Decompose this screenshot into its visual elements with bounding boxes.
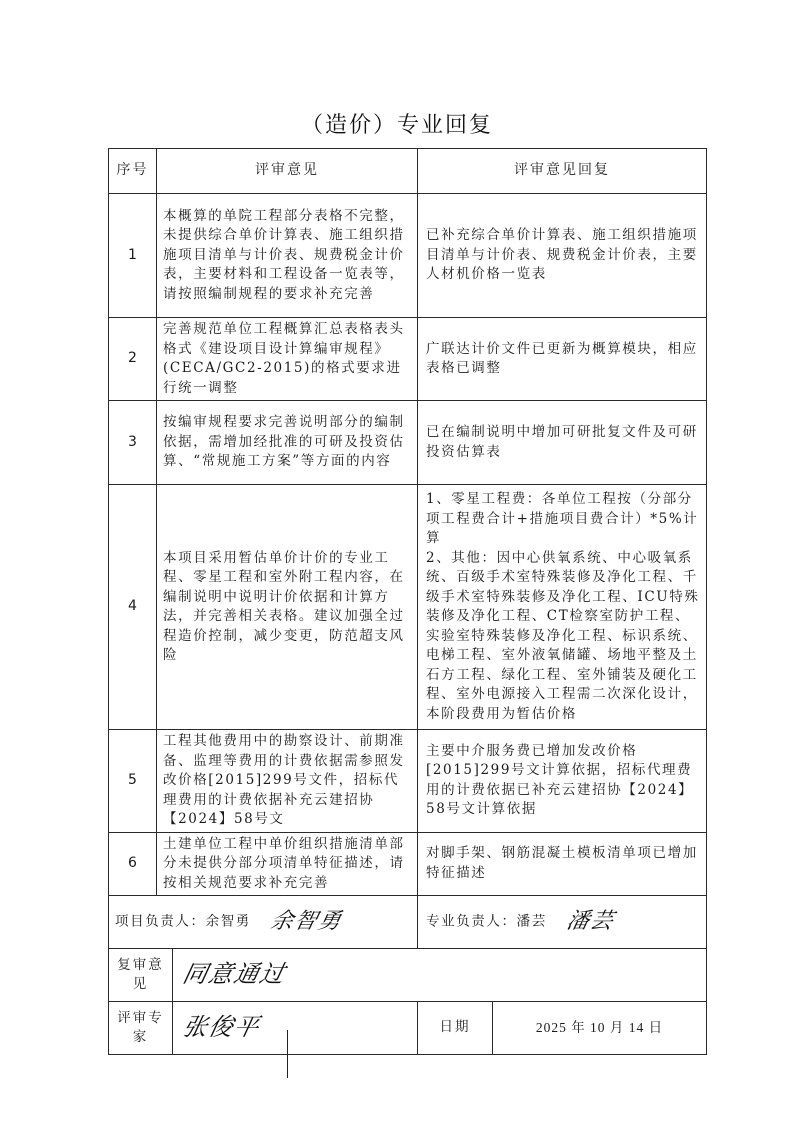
re-review-value-cell: 同意通过 [173,949,707,1002]
project-lead-label: 项目负责人：余智勇 [115,913,251,929]
discipline-lead-cell: 专业负责人：潘芸 潘芸 [418,896,707,949]
row-index: 5 [109,730,157,833]
row-opinion: 按编审规程要求完善说明部分的编制依据，需增加经批准的可研及投资估算、“常规施工方… [157,401,418,485]
row-response: 1、零星工程费：各单位工程按（分部分项工程费合计+措施项目费合计）*5%计算 2… [418,485,707,730]
table-row: 1 本概算的单院工程部分表格不完整，未提供综合单价计算表、施工组织措施项目清单与… [109,194,707,318]
row-index: 6 [109,832,157,896]
date-label: 日期 [418,1002,493,1055]
header-opinion: 评审意见 [157,149,418,194]
review-response-table: 序号 评审意见 评审意见回复 1 本概算的单院工程部分表格不完整，未提供综合单价… [108,148,706,1055]
row-response: 已补充综合单价计算表、施工组织措施项目清单与计价表、规费税金计价表，主要人材机价… [418,194,707,318]
header-index: 序号 [109,149,157,194]
row-index: 3 [109,401,157,485]
table-row: 4 本项目采用暂估单价计价的专业工程、零星工程和室外附工程内容，在编制说明中说明… [109,485,707,730]
row-opinion: 工程其他费用中的勘察设计、前期准备、监理等费用的计费依据需参照发改价格[2015… [157,730,418,833]
lead-signature-row: 项目负责人：余智勇 余智勇 专业负责人：潘芸 潘芸 [109,896,707,949]
table-header-row: 序号 评审意见 评审意见回复 [109,149,707,194]
row-opinion: 完善规范单位工程概算汇总表格表头格式《建设项目设计算编审规程》(CECA/GC2… [157,318,418,401]
expert-row: 评审专家 张俊平 日期 2025 年 10 月 14 日 [109,1002,707,1055]
discipline-lead-signature: 潘芸 [565,912,616,932]
re-review-handwritten-value: 同意通过 [181,965,288,985]
document-title: （造价）专业回复 [0,108,794,139]
discipline-lead-label: 专业负责人：潘芸 [426,913,547,929]
row-opinion: 本概算的单院工程部分表格不完整，未提供综合单价计算表、施工组织措施项目清单与计价… [157,194,418,318]
row-index: 2 [109,318,157,401]
expert-signature: 张俊平 [181,1018,262,1038]
re-review-row: 复审意见 同意通过 [109,949,707,1002]
table-row: 5 工程其他费用中的勘察设计、前期准备、监理等费用的计费依据需参照发改价格[20… [109,730,707,833]
expert-signature-cell: 张俊平 [173,1002,418,1055]
row-opinion: 土建单位工程中单价组织措施清单部分未提供分部分项清单特征描述，请按相关规范要求补… [157,832,418,896]
row-index: 1 [109,194,157,318]
row-response: 广联达计价文件已更新为概算模块，相应表格已调整 [418,318,707,401]
date-value: 2025 年 10 月 14 日 [493,1002,707,1055]
re-review-label: 复审意见 [109,949,173,1002]
row-response: 主要中介服务费已增加发改价格[2015]299号文计算依据，招标代理费用的计费依… [418,730,707,833]
row-index: 4 [109,485,157,730]
header-response: 评审意见回复 [418,149,707,194]
signature-pen-stroke [287,1030,288,1078]
expert-label: 评审专家 [109,1002,173,1055]
table-row: 6 土建单位工程中单价组织措施清单部分未提供分部分项清单特征描述，请按相关规范要… [109,832,707,896]
table-row: 3 按编审规程要求完善说明部分的编制依据，需增加经批准的可研及投资估算、“常规施… [109,401,707,485]
row-response: 对脚手架、钢筋混凝土模板清单项已增加特征描述 [418,832,707,896]
project-lead-cell: 项目负责人：余智勇 余智勇 [109,896,418,949]
row-response: 已在编制说明中增加可研批复文件及可研投资估算表 [418,401,707,485]
row-opinion: 本项目采用暂估单价计价的专业工程、零星工程和室外附工程内容，在编制说明中说明计价… [157,485,418,730]
project-lead-signature: 余智勇 [269,912,344,932]
table-row: 2 完善规范单位工程概算汇总表格表头格式《建设项目设计算编审规程》(CECA/G… [109,318,707,401]
